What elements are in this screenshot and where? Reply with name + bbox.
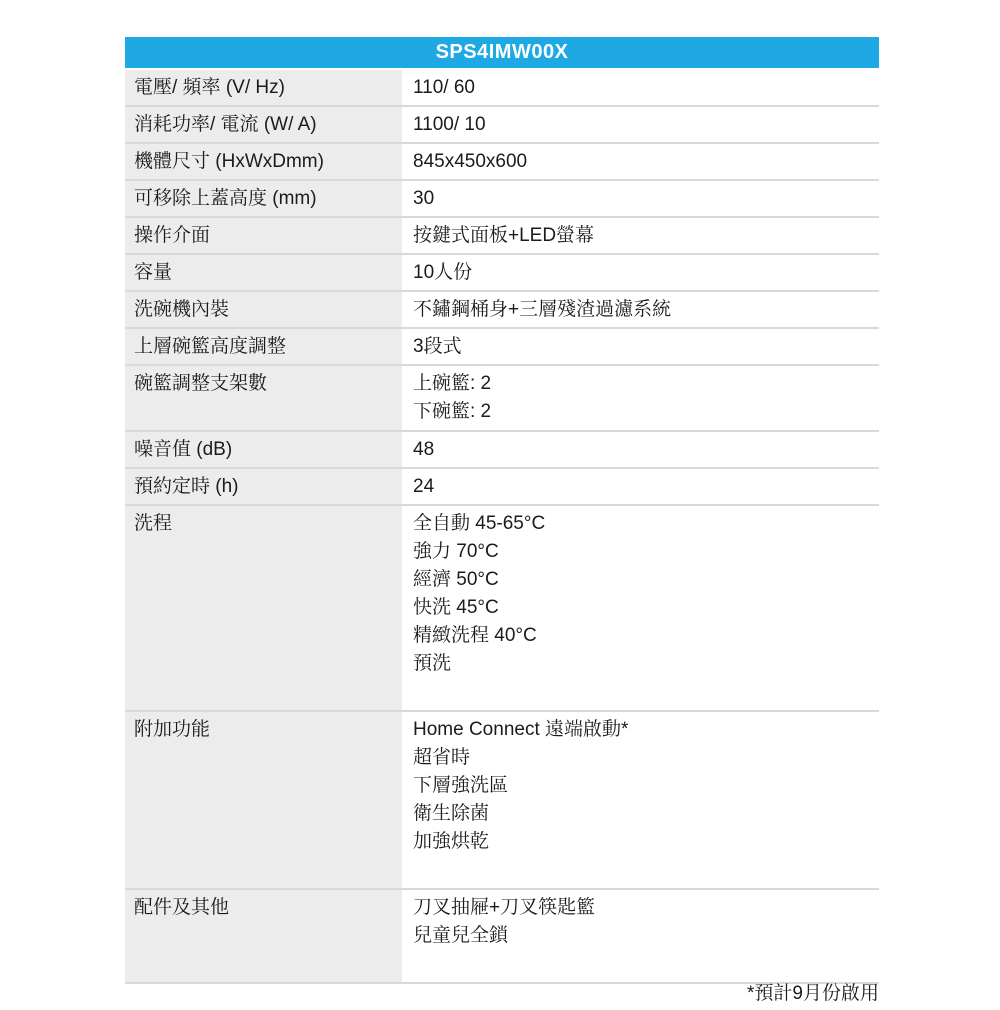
spec-row: 電壓/ 頻率 (V/ Hz) 110/ 60 (125, 70, 879, 107)
spec-row: 預約定時 (h) 24 (125, 469, 879, 506)
spec-value: Home Connect 遠端啟動*超省時下層強洗區衛生除菌加強烘乾 (402, 712, 879, 888)
spec-value: 110/ 60 (402, 70, 879, 105)
spec-value: 3段式 (402, 329, 879, 364)
spec-row: 附加功能 Home Connect 遠端啟動*超省時下層強洗區衛生除菌加強烘乾 (125, 712, 879, 890)
spec-row: 機體尺寸 (HxWxDmm) 845x450x600 (125, 144, 879, 181)
spec-value-line: 強力 70°C (413, 538, 873, 566)
spec-value: 24 (402, 469, 879, 504)
spec-label: 操作介面 (125, 218, 402, 253)
spec-value-line: 上碗籃: 2 (413, 370, 873, 398)
spec-label: 洗程 (125, 506, 402, 710)
spec-label: 機體尺寸 (HxWxDmm) (125, 144, 402, 179)
spec-value-line: 預洗 (413, 650, 873, 678)
spec-value-line: 兒童兒全鎖 (413, 922, 873, 950)
spec-value-line: 快洗 45°C (413, 594, 873, 622)
spec-label: 上層碗籃高度調整 (125, 329, 402, 364)
spec-table: SPS4IMW00X 電壓/ 頻率 (V/ Hz) 110/ 60 消耗功率/ … (125, 37, 879, 984)
spec-label: 碗籃調整支架數 (125, 366, 402, 430)
spec-value: 30 (402, 181, 879, 216)
spec-rows: 電壓/ 頻率 (V/ Hz) 110/ 60 消耗功率/ 電流 (W/ A) 1… (125, 70, 879, 984)
spec-row: 容量 10人份 (125, 255, 879, 292)
spec-value: 按鍵式面板+LED螢幕 (402, 218, 879, 253)
spec-value: 1100/ 10 (402, 107, 879, 142)
spec-row: 消耗功率/ 電流 (W/ A) 1100/ 10 (125, 107, 879, 144)
spec-row: 操作介面 按鍵式面板+LED螢幕 (125, 218, 879, 255)
spec-label: 預約定時 (h) (125, 469, 402, 504)
spec-value: 10人份 (402, 255, 879, 290)
spec-value-line: 衛生除菌 (413, 800, 873, 828)
spec-value-line: 加強烘乾 (413, 828, 873, 856)
spec-value: 不鏽鋼桶身+三層殘渣過濾系統 (402, 292, 879, 327)
spec-label: 噪音值 (dB) (125, 432, 402, 467)
spec-value-line: 下層強洗區 (413, 772, 873, 800)
spec-label: 容量 (125, 255, 402, 290)
spec-value-line: 精緻洗程 40°C (413, 622, 873, 650)
spec-row: 可移除上蓋高度 (mm) 30 (125, 181, 879, 218)
footnote-note: *預計9月份啟用 (125, 978, 879, 1005)
spec-value-line: 經濟 50°C (413, 566, 873, 594)
spec-row: 洗程 全自動 45-65°C強力 70°C經濟 50°C快洗 45°C精緻洗程 … (125, 506, 879, 712)
spec-row: 洗碗機內裝 不鏽鋼桶身+三層殘渣過濾系統 (125, 292, 879, 329)
spec-value: 上碗籃: 2下碗籃: 2 (402, 366, 879, 430)
spec-row: 噪音值 (dB) 48 (125, 432, 879, 469)
spec-row: 碗籃調整支架數 上碗籃: 2下碗籃: 2 (125, 366, 879, 432)
spec-value-line: 下碗籃: 2 (413, 398, 873, 426)
spec-label: 附加功能 (125, 712, 402, 888)
spec-label: 電壓/ 頻率 (V/ Hz) (125, 70, 402, 105)
spec-label: 配件及其他 (125, 890, 402, 982)
spec-value-line: 超省時 (413, 744, 873, 772)
model-header: SPS4IMW00X (125, 37, 879, 68)
spec-value-line: 刀叉抽屜+刀叉筷匙籃 (413, 894, 873, 922)
spec-label: 可移除上蓋高度 (mm) (125, 181, 402, 216)
spec-value-line: Home Connect 遠端啟動* (413, 716, 873, 744)
spec-row: 上層碗籃高度調整 3段式 (125, 329, 879, 366)
spec-value: 845x450x600 (402, 144, 879, 179)
spec-value-line: 全自動 45-65°C (413, 510, 873, 538)
spec-label: 洗碗機內裝 (125, 292, 402, 327)
spec-row: 配件及其他 刀叉抽屜+刀叉筷匙籃兒童兒全鎖 (125, 890, 879, 984)
spec-value: 48 (402, 432, 879, 467)
spec-label: 消耗功率/ 電流 (W/ A) (125, 107, 402, 142)
spec-value: 全自動 45-65°C強力 70°C經濟 50°C快洗 45°C精緻洗程 40°… (402, 506, 879, 710)
spec-value: 刀叉抽屜+刀叉筷匙籃兒童兒全鎖 (402, 890, 879, 982)
